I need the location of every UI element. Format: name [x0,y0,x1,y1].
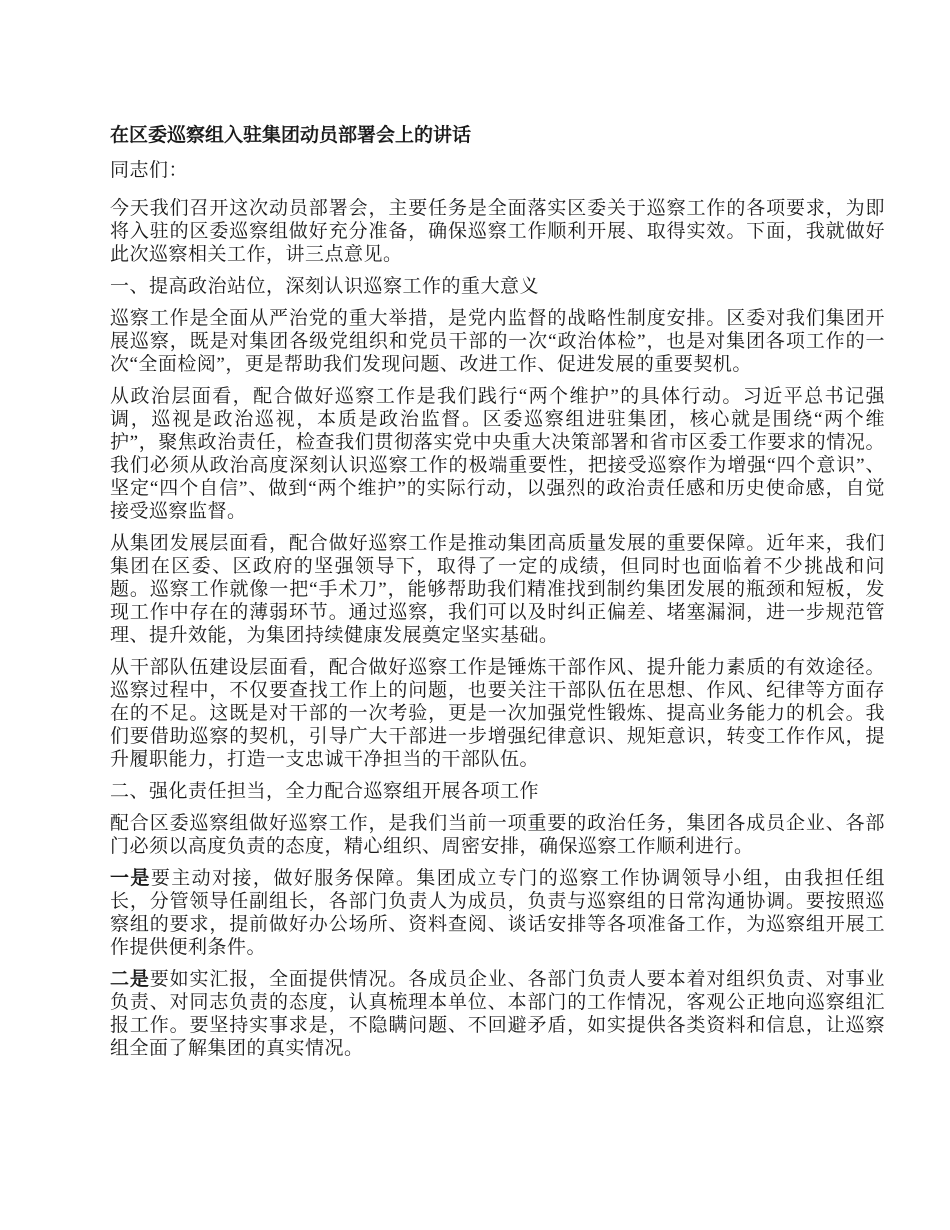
text-run: 从集团发展层面看，配合做好巡察工作是推动集团高质量发展的重要保障。近年来，我们集… [110,533,885,646]
text-run: 从干部队伍建设层面看，配合做好巡察工作是锤炼干部作风、提升能力素质的有效途径。巡… [110,657,885,770]
section2-paragraph-intro: 配合区委巡察组做好巡察工作，是我们当前一项重要的政治任务，集团各成员企业、各部门… [110,812,885,858]
section1-paragraph-1: 巡察工作是全面从严治党的重大举措，是党内监督的战略性制度安排。区委对我们集团开展… [110,307,885,376]
text-run: 同志们： [110,160,188,181]
text-run: 二、强化责任担当，全力配合巡察组开展各项工作 [110,781,539,802]
salutation: 同志们： [110,159,885,182]
section2-point-2: 二是要如实汇报，全面提供情况。各成员企业、各部门负责人要本着对组织负责、对事业负… [110,968,885,1060]
heading-section-2: 二、强化责任担当，全力配合巡察组开展各项工作 [110,780,885,803]
text-run: 从政治层面看，配合做好巡察工作是我们践行“两个维护”的具体行动。习近平总书记强调… [110,386,885,522]
heading-section-1: 一、提高政治站位，深刻认识巡察工作的重大意义 [110,275,885,298]
section2-point-1: 一是要主动对接，做好服务保障。集团成立专门的巡察工作协调领导小组，由我担任组长，… [110,867,885,959]
section1-paragraph-3: 从集团发展层面看，配合做好巡察工作是推动集团高质量发展的重要保障。近年来，我们集… [110,532,885,647]
text-run: 要主动对接，做好服务保障。集团成立专门的巡察工作协调领导小组，由我担任组长，分管… [110,868,885,958]
document-page: 在区委巡察组入驻集团动员部署会上的讲话 同志们： 今天我们召开这次动员部署会，主… [0,0,950,1230]
opening-paragraph: 今天我们召开这次动员部署会，主要任务是全面落实区委关于巡察工作的各项要求，为即将… [110,197,885,266]
text-run: 要如实汇报，全面提供情况。各成员企业、各部门负责人要本着对组织负责、对事业负责、… [110,969,885,1059]
document-title: 在区委巡察组入驻集团动员部署会上的讲话 [110,124,885,147]
bold-text-run: 二是 [110,969,150,990]
section1-paragraph-2: 从政治层面看，配合做好巡察工作是我们践行“两个维护”的具体行动。习近平总书记强调… [110,385,885,523]
section1-paragraph-4: 从干部队伍建设层面看，配合做好巡察工作是锤炼干部作风、提升能力素质的有效途径。巡… [110,656,885,771]
bold-text-run: 一是 [110,868,151,889]
text-run: 巡察工作是全面从严治党的重大举措，是党内监督的战略性制度安排。区委对我们集团开展… [110,308,885,375]
text-run: 一、提高政治站位，深刻认识巡察工作的重大意义 [110,276,539,297]
text-run: 今天我们召开这次动员部署会，主要任务是全面落实区委关于巡察工作的各项要求，为即将… [110,198,885,265]
text-run: 配合区委巡察组做好巡察工作，是我们当前一项重要的政治任务，集团各成员企业、各部门… [110,813,885,857]
bold-text-run: 在区委巡察组入驻集团动员部署会上的讲话 [110,125,471,146]
